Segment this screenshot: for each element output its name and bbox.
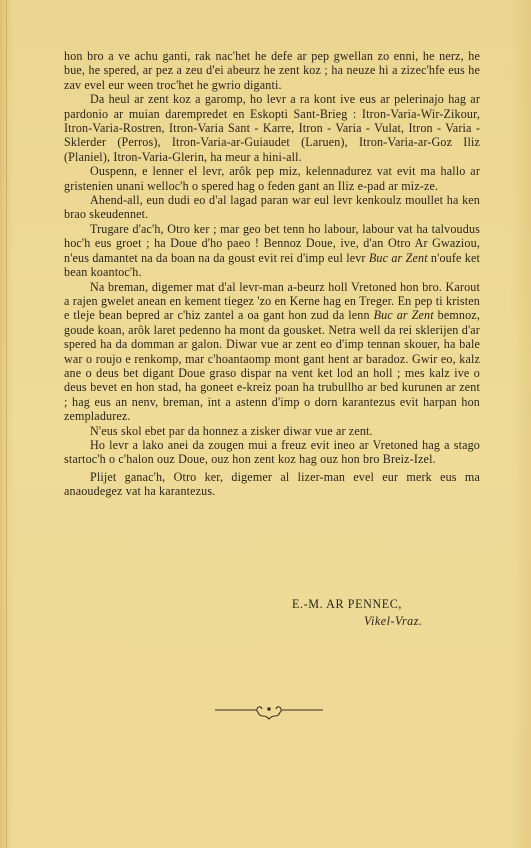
paragraph: N'eus skol ebet par da honnez a zisker d…: [64, 424, 480, 438]
paragraph-text: bemnoz, goude koan, arôk laret pedenno h…: [64, 308, 480, 423]
paragraph-text: Ho levr a lako anei da zougen mui a freu…: [64, 438, 480, 466]
paragraph-text: N'eus skol ebet par da honnez a zisker d…: [90, 424, 373, 438]
paragraph-text: Ahend-all, eun dudi eo d'al lagad paran …: [64, 193, 480, 221]
book-title: Buc ar Zent: [369, 251, 428, 265]
paragraph-text: Ouspenn, e lenner el levr, arôk pep miz,…: [64, 164, 480, 192]
paragraph-text: hon bro a ve achu ganti, rak nac'het he …: [64, 49, 480, 92]
paragraph: Na breman, digemer mat d'al levr-man a-b…: [64, 280, 480, 424]
signature-block: E.-M. AR PENNEC, Vikel-Vraz.: [292, 596, 422, 630]
paragraph: Trugare d'ac'h, Otro ker ; mar geo bet t…: [64, 222, 480, 280]
tail-piece-ornament-icon: [213, 700, 325, 720]
paragraph-text: Plijet ganac'h, Otro ker, digemer al liz…: [64, 470, 480, 498]
signature-name: E.-M. AR PENNEC,: [292, 597, 402, 611]
paragraph: Plijet ganac'h, Otro ker, digemer al liz…: [64, 470, 480, 499]
book-title: Buc ar Zent: [374, 308, 434, 322]
page-binding-edge: [6, 0, 7, 848]
paragraph: Ahend-all, eun dudi eo d'al lagad paran …: [64, 193, 480, 222]
letter-body: hon bro a ve achu ganti, rak nac'het he …: [64, 49, 480, 499]
paragraph: hon bro a ve achu ganti, rak nac'het he …: [64, 49, 480, 92]
paragraph: Da heul ar zent koz a garomp, ho levr a …: [64, 92, 480, 164]
paragraph-text: Da heul ar zent koz a garomp, ho levr a …: [64, 92, 480, 164]
paragraph: Ho levr a lako anei da zougen mui a freu…: [64, 438, 480, 467]
paragraph: Ouspenn, e lenner el levr, arôk pep miz,…: [64, 164, 480, 193]
signature-title: Vikel-Vraz.: [364, 613, 422, 630]
